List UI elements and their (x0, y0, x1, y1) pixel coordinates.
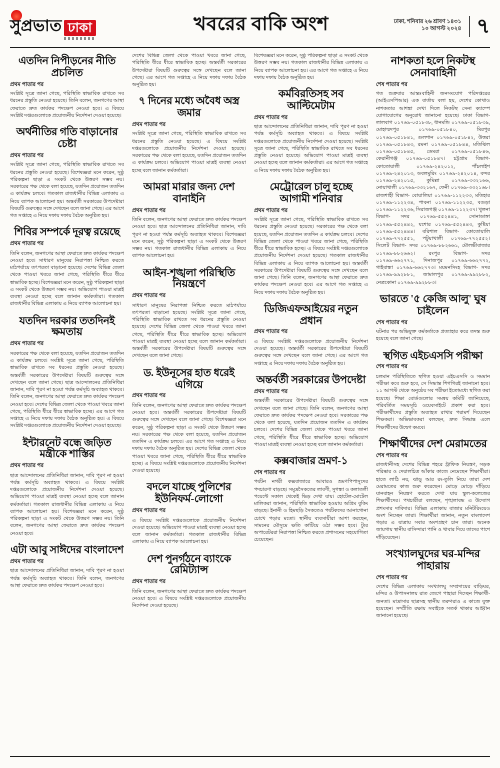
article-headline: যতদিন দরকার ততদিনই ক্ষমতায় (10, 316, 124, 340)
article-body: চলমান পরিস্থিতিতে স্থগিত হওয়া এইচএসসি ও… (376, 374, 490, 432)
article-body: দেশের বিভিন্ন জেলা থেকে পাওয়া খবরে জানা… (132, 53, 246, 89)
article: শিক্ষার্থীদের দেশ মেরামতেরশেষ পাতার পররা… (376, 439, 490, 542)
dateline: ঢাকা, শনিবার ২৬ শ্রাবণ ১৪৩১ ১০ আগস্ট ২০২… (394, 19, 461, 33)
article-headline: ড. ইউনূসের হাত ধরেই এগিয়ে (132, 368, 246, 392)
continuation-label: প্রথম পাতার পর (10, 153, 124, 161)
article-body: ছাত্র আন্দোলনের প্রতিনিধিরা জানান, দাবি … (10, 473, 124, 538)
continuation-label: প্রথম পাতার পর (254, 389, 368, 397)
logo-title: সুপ্রভাত (10, 13, 62, 40)
newspaper-page: সুপ্রভাত ঢাকা খবরের বাকি অংশ ঢাকা, শনিবা… (0, 0, 500, 768)
continuation-label: প্রথম পাতার পর (10, 82, 124, 90)
continuation-label: শেষ পাতার পর (376, 320, 490, 328)
continuation-label: প্রথম পাতার পর (254, 115, 368, 123)
article: মেট্রোরেল চালু হচ্ছে আগামী শনিবারপ্রথম প… (254, 182, 368, 297)
article: যতদিন দরকার ততদিনই ক্ষমতায়প্রথম পাতার প… (10, 316, 124, 431)
article: অর্থনীতির গতি বাড়ানোর চেষ্টাপ্রথম পাতার… (10, 127, 124, 220)
article: ড. ইউনূসের হাত ধরেই এগিয়েপ্রথম পাতার পর… (132, 368, 246, 476)
article-body: সরকারের পক্ষ থেকে বলা হয়েছে, যতদিন প্রয… (10, 351, 124, 431)
article-body: সংশ্লিষ্ট সূত্রে জানা গেছে, পরিস্থিতি স্… (10, 91, 124, 120)
article-body: তিনি বলেন, জনগণের আস্থা ফেরাতে দ্রুত কার… (132, 217, 246, 261)
article: নাশকতা হলে নিকটস্থ সেনাবাহিনীশেষ পাতার প… (376, 56, 490, 287)
article-body: সংশ্লিষ্ট সূত্রে জানা গেছে, পরিস্থিতি স্… (132, 131, 246, 175)
article-body: ছাত্র আন্দোলনের প্রতিনিধিরা জানান, দাবি … (10, 568, 124, 590)
article: ৭ দিনের মধ্যে অবৈধ অস্ত্র জমারপ্রথম পাতা… (132, 96, 246, 175)
article-body: সংশ্লিষ্ট সূত্রে জানা গেছে, পরিস্থিতি স্… (254, 217, 368, 297)
article-headline: স্থগিত এইচএসসি পরীক্ষা (376, 351, 490, 363)
article-headline: অন্তর্বর্তী সরকারের উপদেষ্টা (254, 375, 368, 387)
article: বিশেষজ্ঞরা মনে করেন, সুষ্ঠু পরিকল্পনা ছা… (254, 53, 368, 82)
article-body: পর্যটন নগরী কক্সবাজারে আবারও ভ্রমণপিপাসু… (254, 479, 368, 544)
article: এটা আবু সাঈদের বাংলাদেশপ্রথম পাতার পরছাত… (10, 545, 124, 590)
continuation-label: শেষ পাতার পর (376, 575, 490, 583)
article-headline: আইন-শৃঙ্খলা পরিস্থিতি নিয়ন্ত্রণে (132, 268, 246, 292)
continuation-label: প্রথম পাতার পর (10, 559, 124, 567)
continuation-label: শেষ পাতার পর (376, 364, 490, 372)
article-body: অন্তর্বর্তী সরকারের উপদেষ্টারা বিষয়টি গ… (254, 398, 368, 449)
logo-accent-box: ঢাকা (64, 20, 96, 40)
dateline-gregorian: ১০ আগস্ট ২০২৪ (394, 26, 461, 33)
continuation-label: প্রথম পাতার পর (132, 393, 246, 401)
article-headline: নাশকতা হলে নিকটস্থ সেনাবাহিনী (376, 56, 490, 80)
article-headline: এটা আবু সাঈদের বাংলাদেশ (10, 545, 124, 557)
article-headline: কক্সবাজার ভ্রমণ-১ (254, 456, 368, 468)
newspaper-logo: সুপ্রভাত ঢাকা (10, 13, 128, 40)
article-body: ঘটনার পর অভিযুক্ত কর্মকর্তাকে প্রত্যাহার… (376, 329, 490, 344)
article: ভারতে '৫ কেজি আলু' ঘুষ চাইলেনশেষ পাতার প… (376, 294, 490, 344)
continuation-label: প্রথম পাতার পর (132, 208, 246, 216)
page-number: ৭ (469, 16, 490, 37)
continuation-label: প্রথম পাতার পর (132, 293, 246, 301)
article-headline: ইন্টারনেট বন্ধে জড়িত মন্ত্রীকে শাস্তির (10, 438, 124, 462)
article-headline: মেট্রোরেল চালু হচ্ছে আগামী শনিবার (254, 182, 368, 206)
article-headline: এতদিন নিপীড়নের নীতি প্রচলিত (10, 56, 124, 80)
continuation-label: প্রথম পাতার পর (132, 508, 246, 516)
continuation-label: প্রথম পাতার পর (10, 241, 124, 249)
article: দেশের বিভিন্ন জেলা থেকে পাওয়া খবরে জানা… (132, 53, 246, 89)
article-body: গত শুক্রবার আন্তঃবাহিনী জনসংযোগ পরিদপ্তর… (376, 91, 490, 287)
article-headline: সংখ্যালঘুদের ঘর-মন্দির পাহারায় (376, 549, 490, 573)
continuation-label: প্রথম পাতার পর (254, 329, 368, 337)
article: আমরা মারার জন্য দেশ বানাইনিপ্রথম পাতার প… (132, 182, 246, 261)
article-headline: দেশ পুনর্গঠনে ব্যাংকে রেমিট্যান্স (132, 554, 246, 578)
article-body: এ বিষয়ে সংশ্লিষ্ট দপ্তরগুলোকে প্রয়োজনী… (254, 339, 368, 368)
article: বদলে যাচ্ছে পুলিশের ইউনিফর্ম-লোগোপ্রথম প… (132, 482, 246, 546)
article-headline: ভারতে '৫ কেজি আলু' ঘুষ চাইলেন (376, 294, 490, 318)
continuation-label: প্রথম পাতার পর (254, 208, 368, 216)
dateline-bangla: ঢাকা, শনিবার ২৬ শ্রাবণ ১৪৩১ (394, 19, 461, 26)
columns: এতদিন নিপীড়নের নীতি প্রচলিতপ্রথম পাতার … (10, 53, 490, 757)
article: কর্মবিরতিসহ সব আল্টিমেটামপ্রথম পাতার পরছ… (254, 89, 368, 175)
article-body: এ বিষয়ে সংশ্লিষ্ট দপ্তরগুলোকে প্রয়োজনী… (132, 518, 246, 547)
article: স্থগিত এইচএসসি পরীক্ষাশেষ পাতার পরচলমান … (376, 351, 490, 432)
continuation-label: প্রথম পাতার পর (10, 341, 124, 349)
article: ইন্টারনেট বন্ধে জড়িত মন্ত্রীকে শাস্তিরপ… (10, 438, 124, 538)
continuation-label: প্রথম পাতার পর (132, 579, 246, 587)
article-body: তিনি বলেন, জনগণের আস্থা ফেরাতে দ্রুত কার… (10, 251, 124, 309)
article-headline: আমরা মারার জন্য দেশ বানাইনি (132, 182, 246, 206)
article-headline: বদলে যাচ্ছে পুলিশের ইউনিফর্ম-লোগো (132, 482, 246, 506)
column: এতদিন নিপীড়নের নীতি প্রচলিতপ্রথম পাতার … (10, 53, 124, 753)
continuation-label: শেষ পাতার পর (376, 453, 490, 461)
continuation-label: শেষ পাতার পর (254, 470, 368, 478)
article-body: রাজধানীসহ দেশের বিভিন্ন শহরে ট্রাফিক নিয… (376, 462, 490, 542)
article-headline: অর্থনীতির গতি বাড়ানোর চেষ্টা (10, 127, 124, 151)
continuation-label: শেষ পাতার পর (376, 82, 490, 90)
column: দেশের বিভিন্ন জেলা থেকে পাওয়া খবরে জানা… (132, 53, 246, 753)
article: দেশ পুনর্গঠনে ব্যাংকে রেমিট্যান্সপ্রথম প… (132, 554, 246, 611)
article-body: তিনি বলেন, জনগণের আস্থা ফেরাতে দ্রুত কার… (132, 403, 246, 476)
article-headline: ডিজিএফআইয়ের নতুন প্রধান (254, 304, 368, 328)
masthead: সুপ্রভাত ঢাকা খবরের বাকি অংশ ঢাকা, শনিবা… (10, 8, 490, 48)
logo-accent-text: ঢাকা (64, 20, 96, 36)
article-body: সাধারণ মানুষের নিরাপত্তা নিশ্চিত করতে মা… (132, 303, 246, 361)
continuation-label: প্রথম পাতার পর (132, 122, 246, 130)
article-headline: শিবির সম্পর্কে দূরত্ব রয়েছে (10, 227, 124, 239)
article-headline: ৭ দিনের মধ্যে অবৈধ অস্ত্র জমার (132, 96, 246, 120)
article-headline: শিক্ষার্থীদের দেশ মেরামতের (376, 439, 490, 451)
article: কক্সবাজার ভ্রমণ-১শেষ পাতার পরপর্যটন নগরী… (254, 456, 368, 545)
column: বিশেষজ্ঞরা মনে করেন, সুষ্ঠু পরিকল্পনা ছা… (254, 53, 368, 753)
article-body: দেশের বিভিন্ন এলাকায় সংখ্যালঘু সম্প্রদা… (376, 584, 490, 620)
article-body: বিশেষজ্ঞরা মনে করেন, সুষ্ঠু পরিকল্পনা ছা… (254, 53, 368, 82)
article: অন্তর্বর্তী সরকারের উপদেষ্টাপ্রথম পাতার … (254, 375, 368, 449)
article-body: ছাত্র আন্দোলনের প্রতিনিধিরা জানান, দাবি … (254, 124, 368, 175)
logo-tagline (64, 37, 96, 40)
article: শিবির সম্পর্কে দূরত্ব রয়েছেপ্রথম পাতার … (10, 227, 124, 308)
article-headline: কর্মবিরতিসহ সব আল্টিমেটাম (254, 89, 368, 113)
article: সংখ্যালঘুদের ঘর-মন্দির পাহারায়শেষ পাতার… (376, 549, 490, 620)
article: আইন-শৃঙ্খলা পরিস্থিতি নিয়ন্ত্রণেপ্রথম প… (132, 268, 246, 361)
article: এতদিন নিপীড়নের নীতি প্রচলিতপ্রথম পাতার … (10, 56, 124, 120)
section-title: খবরের বাকি অংশ (134, 10, 388, 42)
article-body: তিনি বলেন, জনগণের আস্থা ফেরাতে দ্রুত কার… (132, 589, 246, 611)
column: নাশকতা হলে নিকটস্থ সেনাবাহিনীশেষ পাতার প… (376, 53, 490, 753)
article-body: সংশ্লিষ্ট সূত্রে জানা গেছে, পরিস্থিতি স্… (10, 162, 124, 220)
continuation-label: প্রথম পাতার পর (10, 463, 124, 471)
article: ডিজিএফআইয়ের নতুন প্রধানপ্রথম পাতার পরএ … (254, 304, 368, 368)
